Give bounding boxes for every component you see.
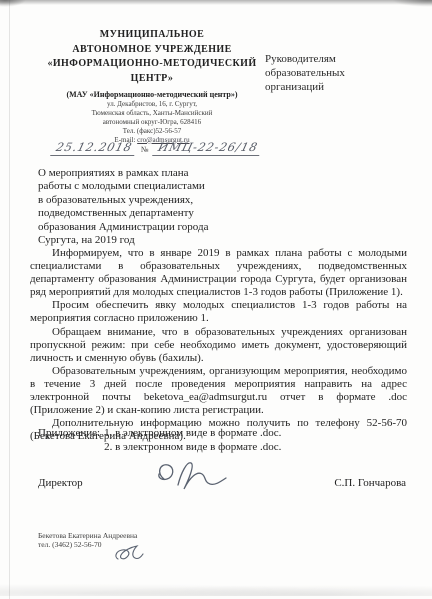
subject-line: О мероприятиях в рамках плана bbox=[38, 167, 273, 180]
recipient-line: организаций bbox=[265, 80, 415, 94]
address-line: Тел. (факс)52-56-57 bbox=[28, 127, 276, 136]
scanned-letter-page: МУНИЦИПАЛЬНОЕ АВТОНОМНОЕ УЧРЕЖДЕНИЕ «ИНФ… bbox=[0, 0, 432, 599]
org-name-line: «ИНФОРМАЦИОННО-МЕТОДИЧЕСКИЙ bbox=[28, 57, 276, 72]
handwritten-date: 25.12.2018 bbox=[50, 141, 138, 156]
subject-line: работы с молодыми специалистами bbox=[38, 180, 273, 193]
paragraph: Обращаем внимание, что в образовательных… bbox=[30, 326, 407, 365]
paragraph: Информируем, что в январе 2019 в рамках … bbox=[30, 247, 407, 299]
reference-line: 25.12.2018 № ИМЦ-22-26/18 bbox=[52, 141, 252, 156]
director-signature-icon bbox=[148, 455, 240, 497]
address-line: автономный округ-Югра, 628416 bbox=[28, 118, 276, 127]
address-line: ул. Декабристов, 16, г. Сургут, bbox=[28, 100, 276, 109]
recipient-line: Руководителям bbox=[265, 52, 415, 66]
scan-edge-top bbox=[0, 0, 432, 5]
org-name-line: АВТОНОМНОЕ УЧРЕЖДЕНИЕ bbox=[28, 43, 276, 58]
executor-initials-icon bbox=[112, 543, 146, 565]
paragraph: Просим обеспечить явку молодых специалис… bbox=[30, 299, 407, 325]
attachment-item: 1. в электронном виде в формате .doc. bbox=[104, 427, 281, 441]
subject-block: О мероприятиях в рамках плана работы с м… bbox=[38, 167, 273, 247]
scan-corner-top-right bbox=[392, 0, 432, 7]
org-name-line: МУНИЦИПАЛЬНОЕ bbox=[28, 28, 276, 43]
address-line: Тюменская область, Ханты-Мансийский bbox=[28, 109, 276, 118]
scan-corner-top-left bbox=[0, 0, 26, 7]
org-name-line: ЦЕНТР» bbox=[28, 72, 276, 87]
attachments-label: Приложение: bbox=[38, 427, 100, 441]
subject-line: образования Администрации города bbox=[38, 221, 273, 234]
attachment-item: 2. в электронном виде в формате .doc. bbox=[104, 441, 281, 455]
letterhead: МУНИЦИПАЛЬНОЕ АВТОНОМНОЕ УЧРЕЖДЕНИЕ «ИНФ… bbox=[28, 28, 276, 144]
subject-line: подведомственных департаменту bbox=[38, 207, 273, 220]
subject-line: в образовательных учреждениях, bbox=[38, 194, 273, 207]
org-short-name: (МАУ «Информационно-методический центр») bbox=[28, 90, 276, 100]
handwritten-number: ИМЦ-22-26/18 bbox=[152, 141, 263, 156]
signature-title: Директор bbox=[38, 477, 83, 489]
attachments-block: Приложение: 1. в электронном виде в форм… bbox=[38, 427, 281, 454]
number-sign: № bbox=[141, 145, 149, 156]
signature-name: С.П. Гончарова bbox=[334, 477, 406, 489]
contact-name: Бекетова Екатерина Андреевна bbox=[38, 531, 137, 540]
scan-edge-left bbox=[9, 0, 10, 599]
scan-smudge-bottom bbox=[0, 582, 432, 596]
recipient-line: образовательных bbox=[265, 66, 415, 80]
paragraph: Образовательным учреждениям, организующи… bbox=[30, 365, 407, 417]
subject-line: Сургута, на 2019 год bbox=[38, 234, 273, 247]
letter-body: Информируем, что в январе 2019 в рамках … bbox=[30, 247, 407, 443]
recipient-block: Руководителям образовательных организаци… bbox=[265, 52, 415, 95]
